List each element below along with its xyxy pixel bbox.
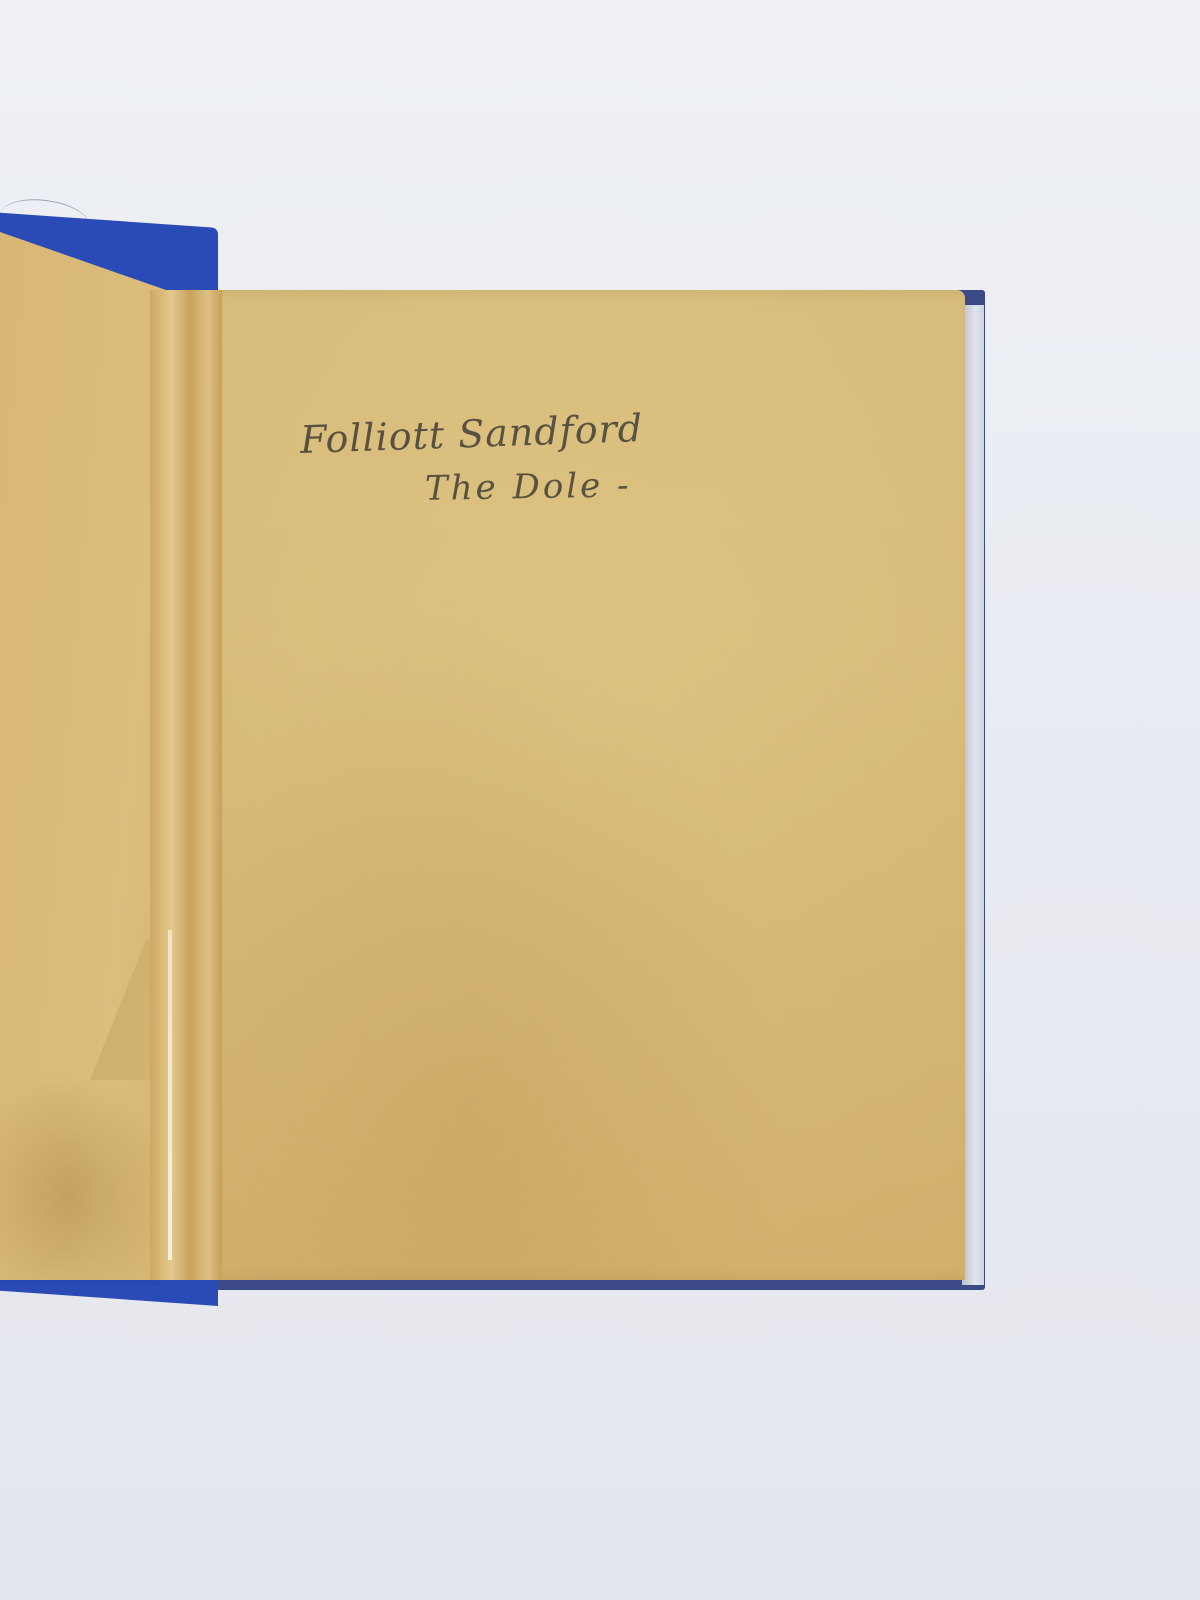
page-edges (962, 305, 984, 1285)
handwritten-inscription: Folliott Sandford The Dole - (300, 410, 760, 506)
hinge-crack (168, 930, 172, 1260)
book-hinge (150, 290, 222, 1280)
water-stain (0, 1070, 170, 1280)
inscription-name: Folliott Sandford (299, 402, 760, 462)
photo-scene: Folliott Sandford The Dole - (0, 0, 1200, 1600)
inscription-place: The Dole - (425, 463, 761, 509)
